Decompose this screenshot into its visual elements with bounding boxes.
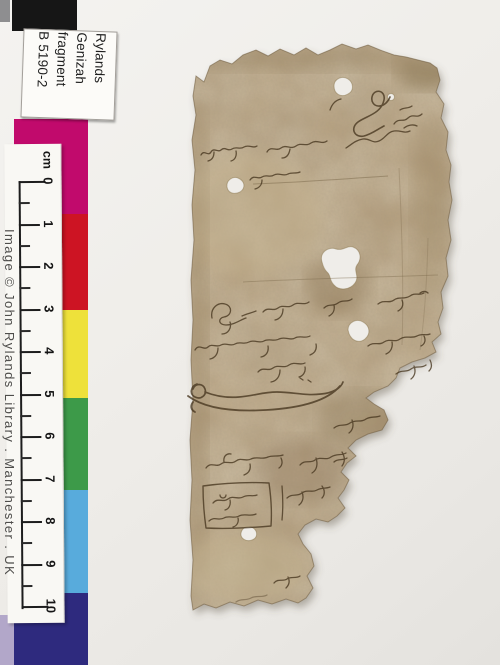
- ruler-half-tick: [20, 330, 31, 332]
- ruler-half-tick: [19, 202, 30, 204]
- paper-texture: [178, 35, 465, 625]
- ruler-half-tick: [19, 287, 30, 289]
- specimen-label: Rylands Genizah fragment B 5190-2: [20, 28, 117, 120]
- ruler-tick: [21, 563, 42, 565]
- photo-canvas: { "photo": { "label": { "lines": ["Rylan…: [0, 0, 500, 665]
- copyright-text: Image © John Rylands Library . Mancheste…: [2, 229, 17, 576]
- ruler-tick: [19, 308, 40, 310]
- label-line-collection: Rylands: [88, 33, 110, 118]
- ruler-tick: [19, 223, 40, 225]
- ruler-half-tick: [21, 585, 32, 587]
- ruler-tick: [20, 351, 41, 353]
- label-line-series: Genizah: [69, 32, 91, 117]
- ruler-tick: [21, 478, 42, 480]
- ruler-number: 9: [43, 551, 57, 575]
- ruler-number: 6: [42, 424, 56, 448]
- ruler-number: 0: [41, 169, 55, 193]
- ruler-tick: [19, 266, 40, 268]
- ruler-number: 3: [41, 296, 55, 320]
- color-patch-gray: [0, 0, 10, 22]
- ruler-half-tick: [21, 500, 32, 502]
- ruler-tick: [21, 521, 42, 523]
- ruler-number: 2: [41, 254, 55, 278]
- ruler-half-tick: [20, 372, 31, 374]
- ruler-half-tick: [21, 457, 32, 459]
- specimen-label-text: Rylands Genizah fragment B 5190-2: [26, 31, 111, 118]
- color-patch-black: [12, 0, 77, 31]
- ruler-number: 4: [42, 339, 56, 363]
- ruler-half-tick: [19, 245, 30, 247]
- ruler-number: 7: [43, 466, 57, 490]
- ruler-tick: [20, 393, 41, 395]
- ruler-half-tick: [20, 415, 31, 417]
- ruler-number: 1: [41, 211, 55, 235]
- ruler-half-tick: [21, 542, 32, 544]
- label-line-shelfmark: B 5190-2: [31, 31, 53, 116]
- ruler-number: 8: [43, 509, 57, 533]
- copyright-text-clipped: Image © John Rylands Library . Mancheste…: [0, 300, 2, 647]
- ruler-number: 10: [43, 594, 57, 618]
- label-line-type: fragment: [50, 31, 72, 116]
- ruler-number: 5: [42, 381, 56, 405]
- ruler-tick: [20, 436, 41, 438]
